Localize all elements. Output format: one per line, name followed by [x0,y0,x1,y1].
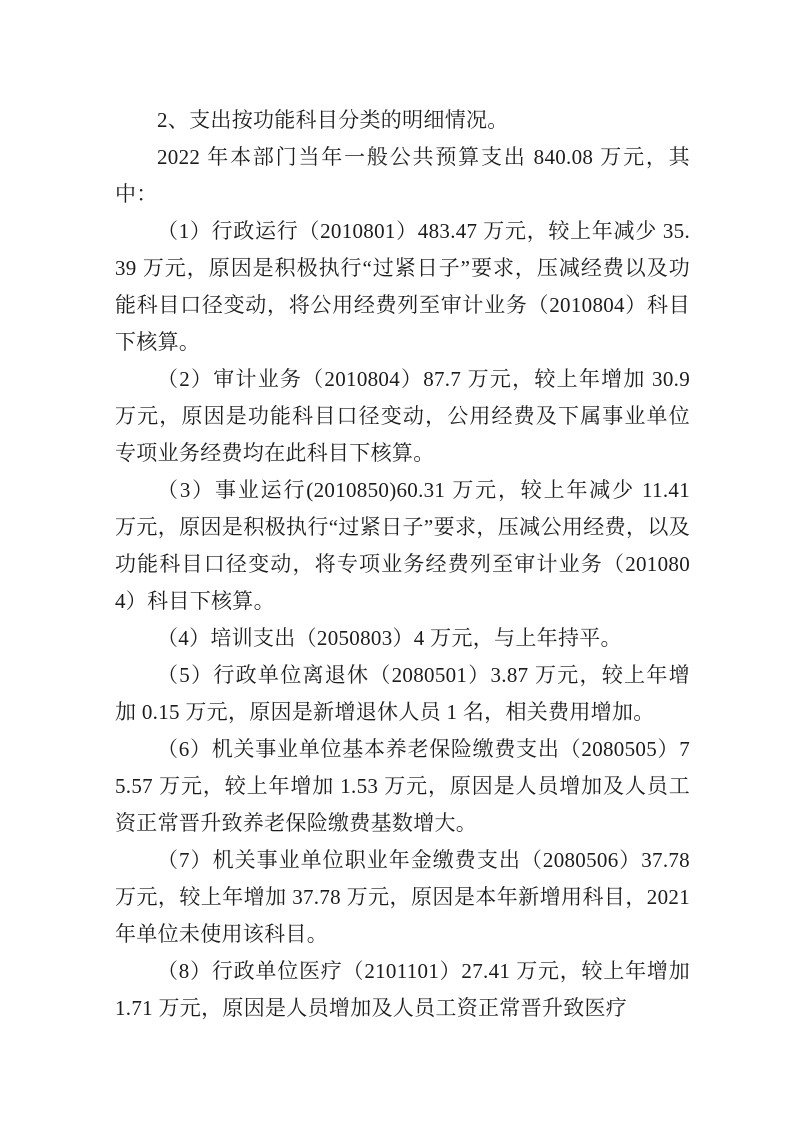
document-body: 2、支出按功能科目分类的明细情况。 2022 年本部门当年一般公共预算支出 84… [115,102,690,1027]
paragraph-item-5: （5）行政单位离退休（2080501）3.87 万元，较上年增加 0.15 万元… [115,657,690,731]
paragraph-item-8: （8）行政单位医疗（2101101）27.41 万元，较上年增加 1.71 万元… [115,953,690,1027]
paragraph-item-1: （1）行政运行（2010801）483.47 万元，较上年减少 35.39 万元… [115,213,690,361]
paragraph-item-7: （7）机关事业单位职业年金缴费支出（2080506）37.78 万元，较上年增加… [115,842,690,953]
document-page: 2、支出按功能科目分类的明细情况。 2022 年本部门当年一般公共预算支出 84… [0,0,793,1122]
paragraph-item-2: （2）审计业务（2010804）87.7 万元，较上年增加 30.9 万元，原因… [115,361,690,472]
paragraph-item-6: （6）机关事业单位基本养老保险缴费支出（2080505）75.57 万元，较上年… [115,731,690,842]
paragraph-item-4: （4）培训支出（2050803）4 万元，与上年持平。 [115,620,690,657]
section-heading: 2、支出按功能科目分类的明细情况。 [115,102,690,139]
paragraph-item-3: （3）事业运行(2010850)60.31 万元，较上年减少 11.41 万元，… [115,472,690,620]
paragraph-total-expenditure: 2022 年本部门当年一般公共预算支出 840.08 万元，其中： [115,139,690,213]
